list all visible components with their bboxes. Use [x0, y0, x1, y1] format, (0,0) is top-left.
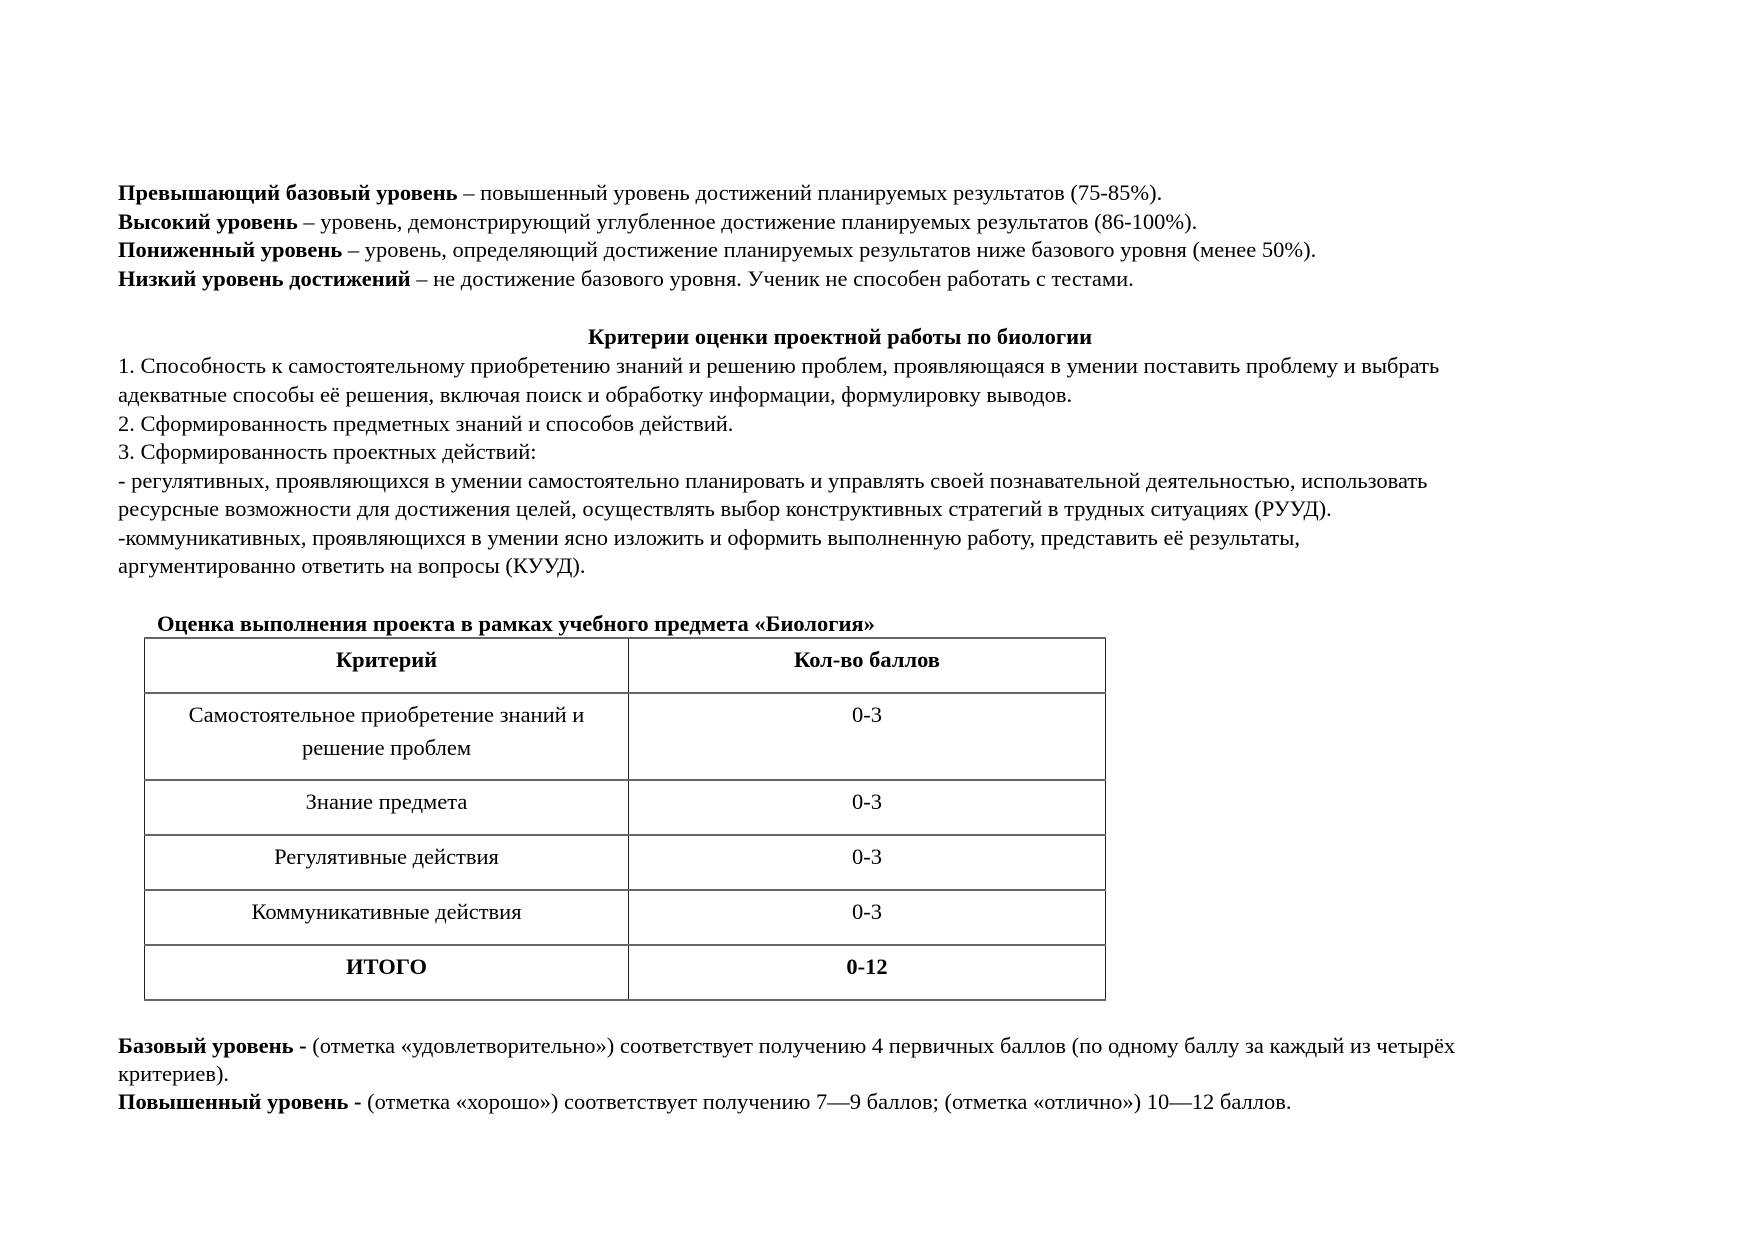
- criteria-line: 1. Способность к самостоятельному приобр…: [118, 351, 1439, 380]
- document-page: Превышающий базовый уровень – повышенный…: [0, 0, 1755, 1240]
- criterion-cell: Знание предмета: [145, 780, 629, 835]
- criterion-cell: Коммуникативные действия: [145, 890, 629, 945]
- criteria-line: аргументированно ответить на вопросы (КУ…: [118, 551, 586, 580]
- criteria-line: адекватные способы её решения, включая п…: [118, 380, 1072, 409]
- table-total-row: ИТОГО 0-12: [145, 945, 1106, 1000]
- criterion-text: Самостоятельное приобретение знаний и: [189, 702, 585, 727]
- table-row: Самостоятельное приобретение знаний и ре…: [145, 693, 1106, 780]
- level-term: Превышающий базовый уровень: [118, 180, 458, 205]
- header-points: Кол-во баллов: [629, 638, 1106, 693]
- criteria-line: 2. Сформированность предметных знаний и …: [118, 409, 733, 438]
- table-header-row: Критерий Кол-во баллов: [145, 638, 1106, 693]
- criterion-cell: Регулятивные действия: [145, 835, 629, 890]
- level-definition: Превышающий базовый уровень – повышенный…: [118, 178, 1162, 207]
- criteria-line: -коммуникативных, проявляющихся в умении…: [118, 523, 1300, 552]
- total-label: ИТОГО: [145, 945, 629, 1000]
- points-cell: 0-3: [629, 890, 1106, 945]
- grading-term: Повышенный уровень -: [118, 1089, 362, 1114]
- grading-advanced: Повышенный уровень - (отметка «хорошо») …: [118, 1087, 1291, 1116]
- level-definition: Высокий уровень – уровень, демонстрирующ…: [118, 207, 1197, 236]
- grading-base: Базовый уровень - (отметка «удовлетворит…: [118, 1031, 1455, 1060]
- level-term: Высокий уровень: [118, 209, 298, 234]
- level-term: Пониженный уровень: [118, 237, 342, 262]
- table-row: Коммуникативные действия 0-3: [145, 890, 1106, 945]
- points-cell: 0-3: [629, 780, 1106, 835]
- table-title: Оценка выполнения проекта в рамках учебн…: [157, 609, 875, 638]
- criteria-line: 3. Сформированность проектных действий:: [118, 437, 537, 466]
- criteria-line: ресурсные возможности для достижения цел…: [118, 494, 1332, 523]
- criterion-text: решение проблем: [302, 735, 471, 760]
- criterion-cell: Самостоятельное приобретение знаний и ре…: [145, 693, 629, 780]
- level-description: – уровень, определяющий достижение плани…: [342, 237, 1316, 262]
- table-row: Знание предмета 0-3: [145, 780, 1106, 835]
- points-cell: 0-3: [629, 693, 1106, 780]
- table-row: Регулятивные действия 0-3: [145, 835, 1106, 890]
- level-definition: Пониженный уровень – уровень, определяющ…: [118, 235, 1316, 264]
- level-description: – не достижение базового уровня. Ученик …: [411, 266, 1134, 291]
- level-description: – повышенный уровень достижений планируе…: [458, 180, 1163, 205]
- points-cell: 0-3: [629, 835, 1106, 890]
- total-points: 0-12: [629, 945, 1106, 1000]
- level-description: – уровень, демонстрирующий углубленное д…: [298, 209, 1197, 234]
- criteria-line: - регулятивных, проявляющихся в умении с…: [118, 466, 1427, 495]
- score-table: Критерий Кол-во баллов Самостоятельное п…: [144, 637, 1106, 1001]
- criteria-heading: Критерии оценки проектной работы по биол…: [0, 322, 1680, 351]
- header-criterion: Критерий: [145, 638, 629, 693]
- grading-base-continuation: критериев).: [118, 1059, 229, 1088]
- level-definition: Низкий уровень достижений – не достижени…: [118, 264, 1134, 293]
- level-term: Низкий уровень достижений: [118, 266, 411, 291]
- grading-description: (отметка «удовлетворительно») соответств…: [307, 1033, 1456, 1058]
- grading-description: (отметка «хорошо») соответствует получен…: [362, 1089, 1292, 1114]
- grading-term: Базовый уровень -: [118, 1033, 307, 1058]
